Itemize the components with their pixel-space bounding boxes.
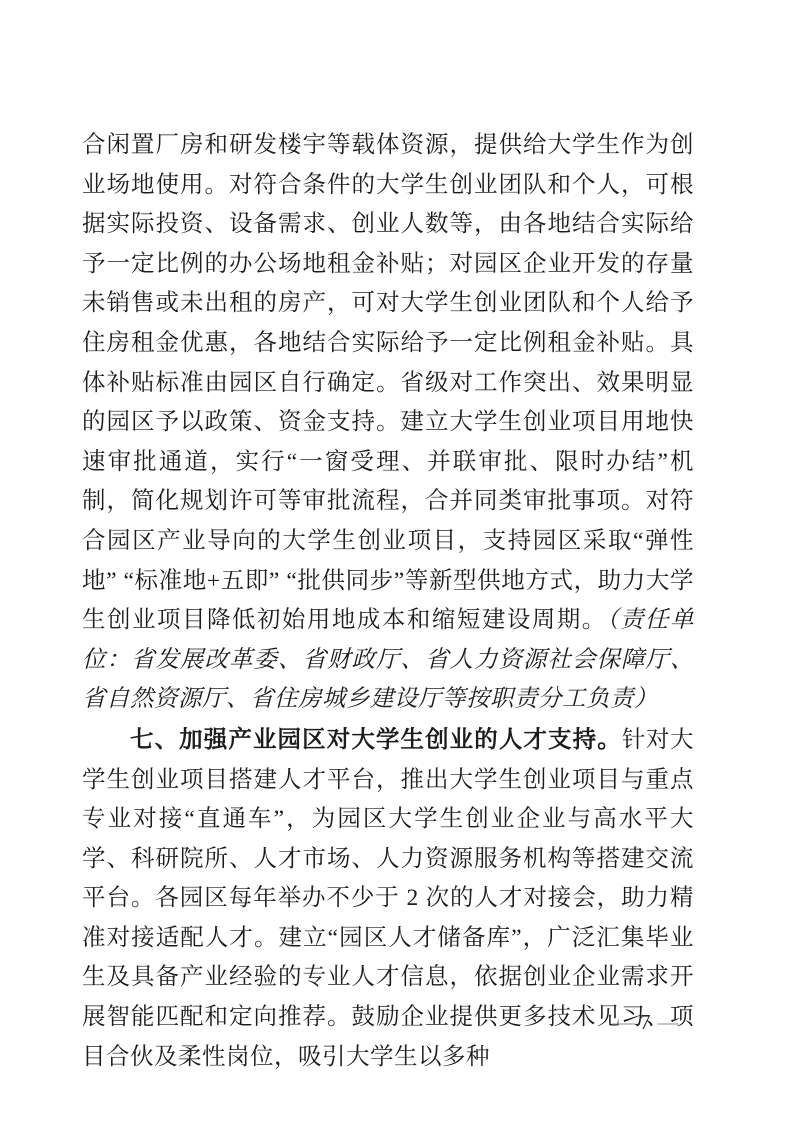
document-page: 合闲置厂房和研发楼宇等载体资源，提供给大学生作为创业场地使用。对符合条件的大学生… [0, 0, 793, 1122]
document-body: 合闲置厂房和研发楼宇等载体资源，提供给大学生作为创业场地使用。对符合条件的大学生… [82, 126, 694, 1077]
page-number-dash-right: — [654, 1010, 683, 1034]
page-number-value: 7 [637, 1010, 654, 1034]
paragraph-section-7: 七、加强产业园区对大学生创业的人才支持。针对大学生创业项目搭建人才平台，推出大学… [82, 720, 694, 1077]
section-7-heading: 七、加强产业园区对大学生创业的人才支持。 [130, 726, 622, 752]
page-number-dash-left: — [608, 1010, 637, 1034]
paragraph-continuation: 合闲置厂房和研发楼宇等载体资源，提供给大学生作为创业场地使用。对符合条件的大学生… [82, 126, 694, 720]
section-7-body-text: 针对大学生创业项目搭建人才平台，推出大学生创业项目与重点专业对接“直通车”，为园… [82, 727, 694, 1070]
body-text-segment: 合闲置厂房和研发楼宇等载体资源，提供给大学生作为创业场地使用。对符合条件的大学生… [82, 132, 694, 633]
page-number: —7— [608, 1008, 683, 1036]
